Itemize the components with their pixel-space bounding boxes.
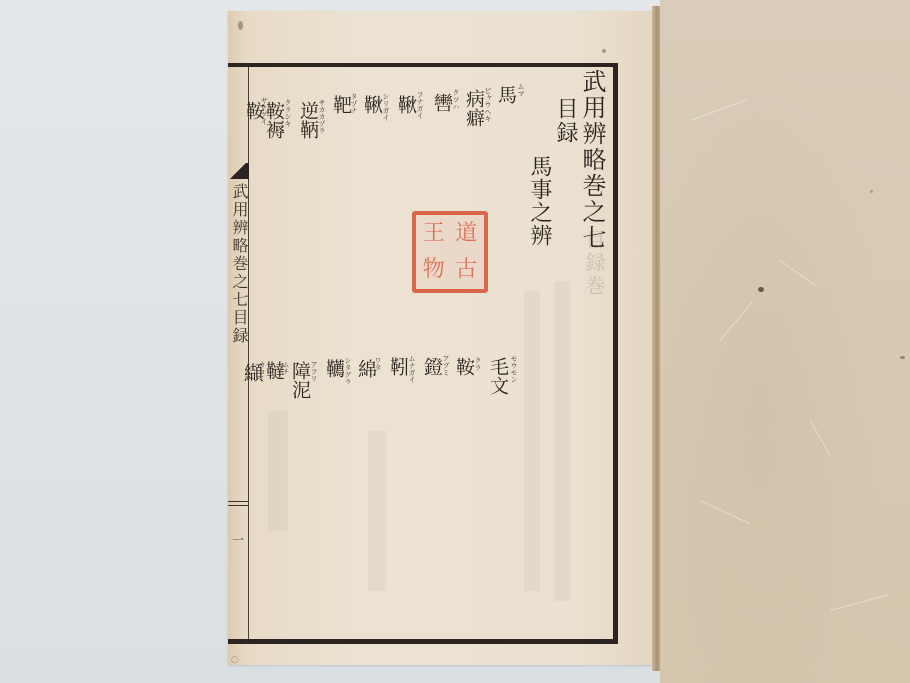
frame-border-top [228, 63, 617, 67]
furigana: ムマ [517, 83, 525, 97]
toc-entry: 靶 [331, 95, 351, 114]
furigana: タヅナ [350, 93, 358, 114]
right-page-blank [660, 0, 910, 683]
seal-glyph: 王 [418, 217, 450, 252]
bleed-through-title: 目録巻 [580, 229, 609, 298]
furigana: アフリ [310, 361, 318, 382]
furigana: ワタ [374, 357, 382, 371]
furigana: クラシキ [284, 99, 292, 127]
page-number: 一 [232, 531, 244, 548]
section-title: 馬事之辨 [524, 155, 555, 247]
book-title: 武用辨略巻之七 [578, 69, 606, 251]
foxing-spot [900, 356, 905, 359]
seal-glyph: 道 [451, 217, 483, 252]
toc-entry: 靷 [388, 357, 408, 376]
toc-entry: 韉 [324, 359, 344, 378]
furigana: クツハ [452, 89, 460, 110]
furigana: クラ [474, 357, 482, 371]
toc-entry: 逆鞆 [298, 101, 318, 139]
foxing-spot [870, 190, 873, 193]
hashira-rule [228, 501, 248, 502]
furigana: シタグラ [344, 357, 352, 385]
furigana: ビャウヘキ [484, 87, 492, 122]
paper-fiber [690, 100, 747, 121]
toc-entry: 病癖 [464, 89, 484, 127]
hashira-title: 武用辨略巻之七目録 [230, 183, 248, 345]
seal-glyph: 物 [418, 253, 450, 288]
frame-border-bottom [228, 639, 617, 644]
corner-mark: ◌ [231, 655, 239, 665]
bleed-through [368, 431, 386, 591]
paper-fiber [780, 260, 817, 287]
gyobi-fishtail-mark [230, 163, 249, 179]
furigana: アブミ [442, 355, 450, 376]
contents-heading: 目録 [550, 97, 581, 145]
toc-entry: 鞦 [396, 95, 416, 114]
toc-entry: 鐙 [422, 357, 442, 376]
toc-entry: 障泥 [290, 361, 310, 399]
toc-entry: 毛文 [488, 357, 508, 395]
toc-entry: 轡 [432, 93, 452, 112]
paper-fiber [810, 420, 831, 455]
furigana: ヤナグイ [260, 97, 268, 125]
furigana: モウモン [510, 355, 518, 383]
toc-entry: 韃 [264, 361, 284, 380]
paper-fiber [830, 594, 888, 610]
red-collector-seal: 王 道 物 古 [412, 211, 488, 293]
bleed-through [268, 411, 288, 531]
left-page: 武用辨略巻之七目録 一 ◌ 武用辨略巻之七 目録巻 目録 馬事之辨 馬 ムマ 病… [228, 11, 658, 665]
toc-entry: 鞍 [454, 357, 474, 376]
furigana: シリガイ [382, 93, 390, 121]
furigana: カコミ [258, 361, 266, 382]
frame-border-right [613, 63, 618, 644]
ink-stain [602, 49, 606, 53]
foxing-spot [758, 287, 764, 292]
toc-entry: 綿 [356, 359, 376, 378]
frame-border-inner-left [248, 67, 249, 639]
furigana: ムナガイ [408, 355, 416, 383]
furigana: サカカヅラ [318, 99, 326, 134]
toc-entry: 鞦 [362, 95, 382, 114]
toc-entry: 馬 [496, 85, 516, 104]
ink-stain [238, 21, 243, 30]
seal-glyph: 古 [451, 253, 483, 288]
paper-fiber [720, 302, 753, 341]
furigana: ムチ [282, 361, 290, 375]
bleed-through [524, 291, 540, 591]
furigana: フナガイ [416, 91, 424, 119]
hashira-rule [228, 505, 248, 506]
bleed-through [554, 281, 570, 601]
paper-fiber [700, 500, 750, 524]
